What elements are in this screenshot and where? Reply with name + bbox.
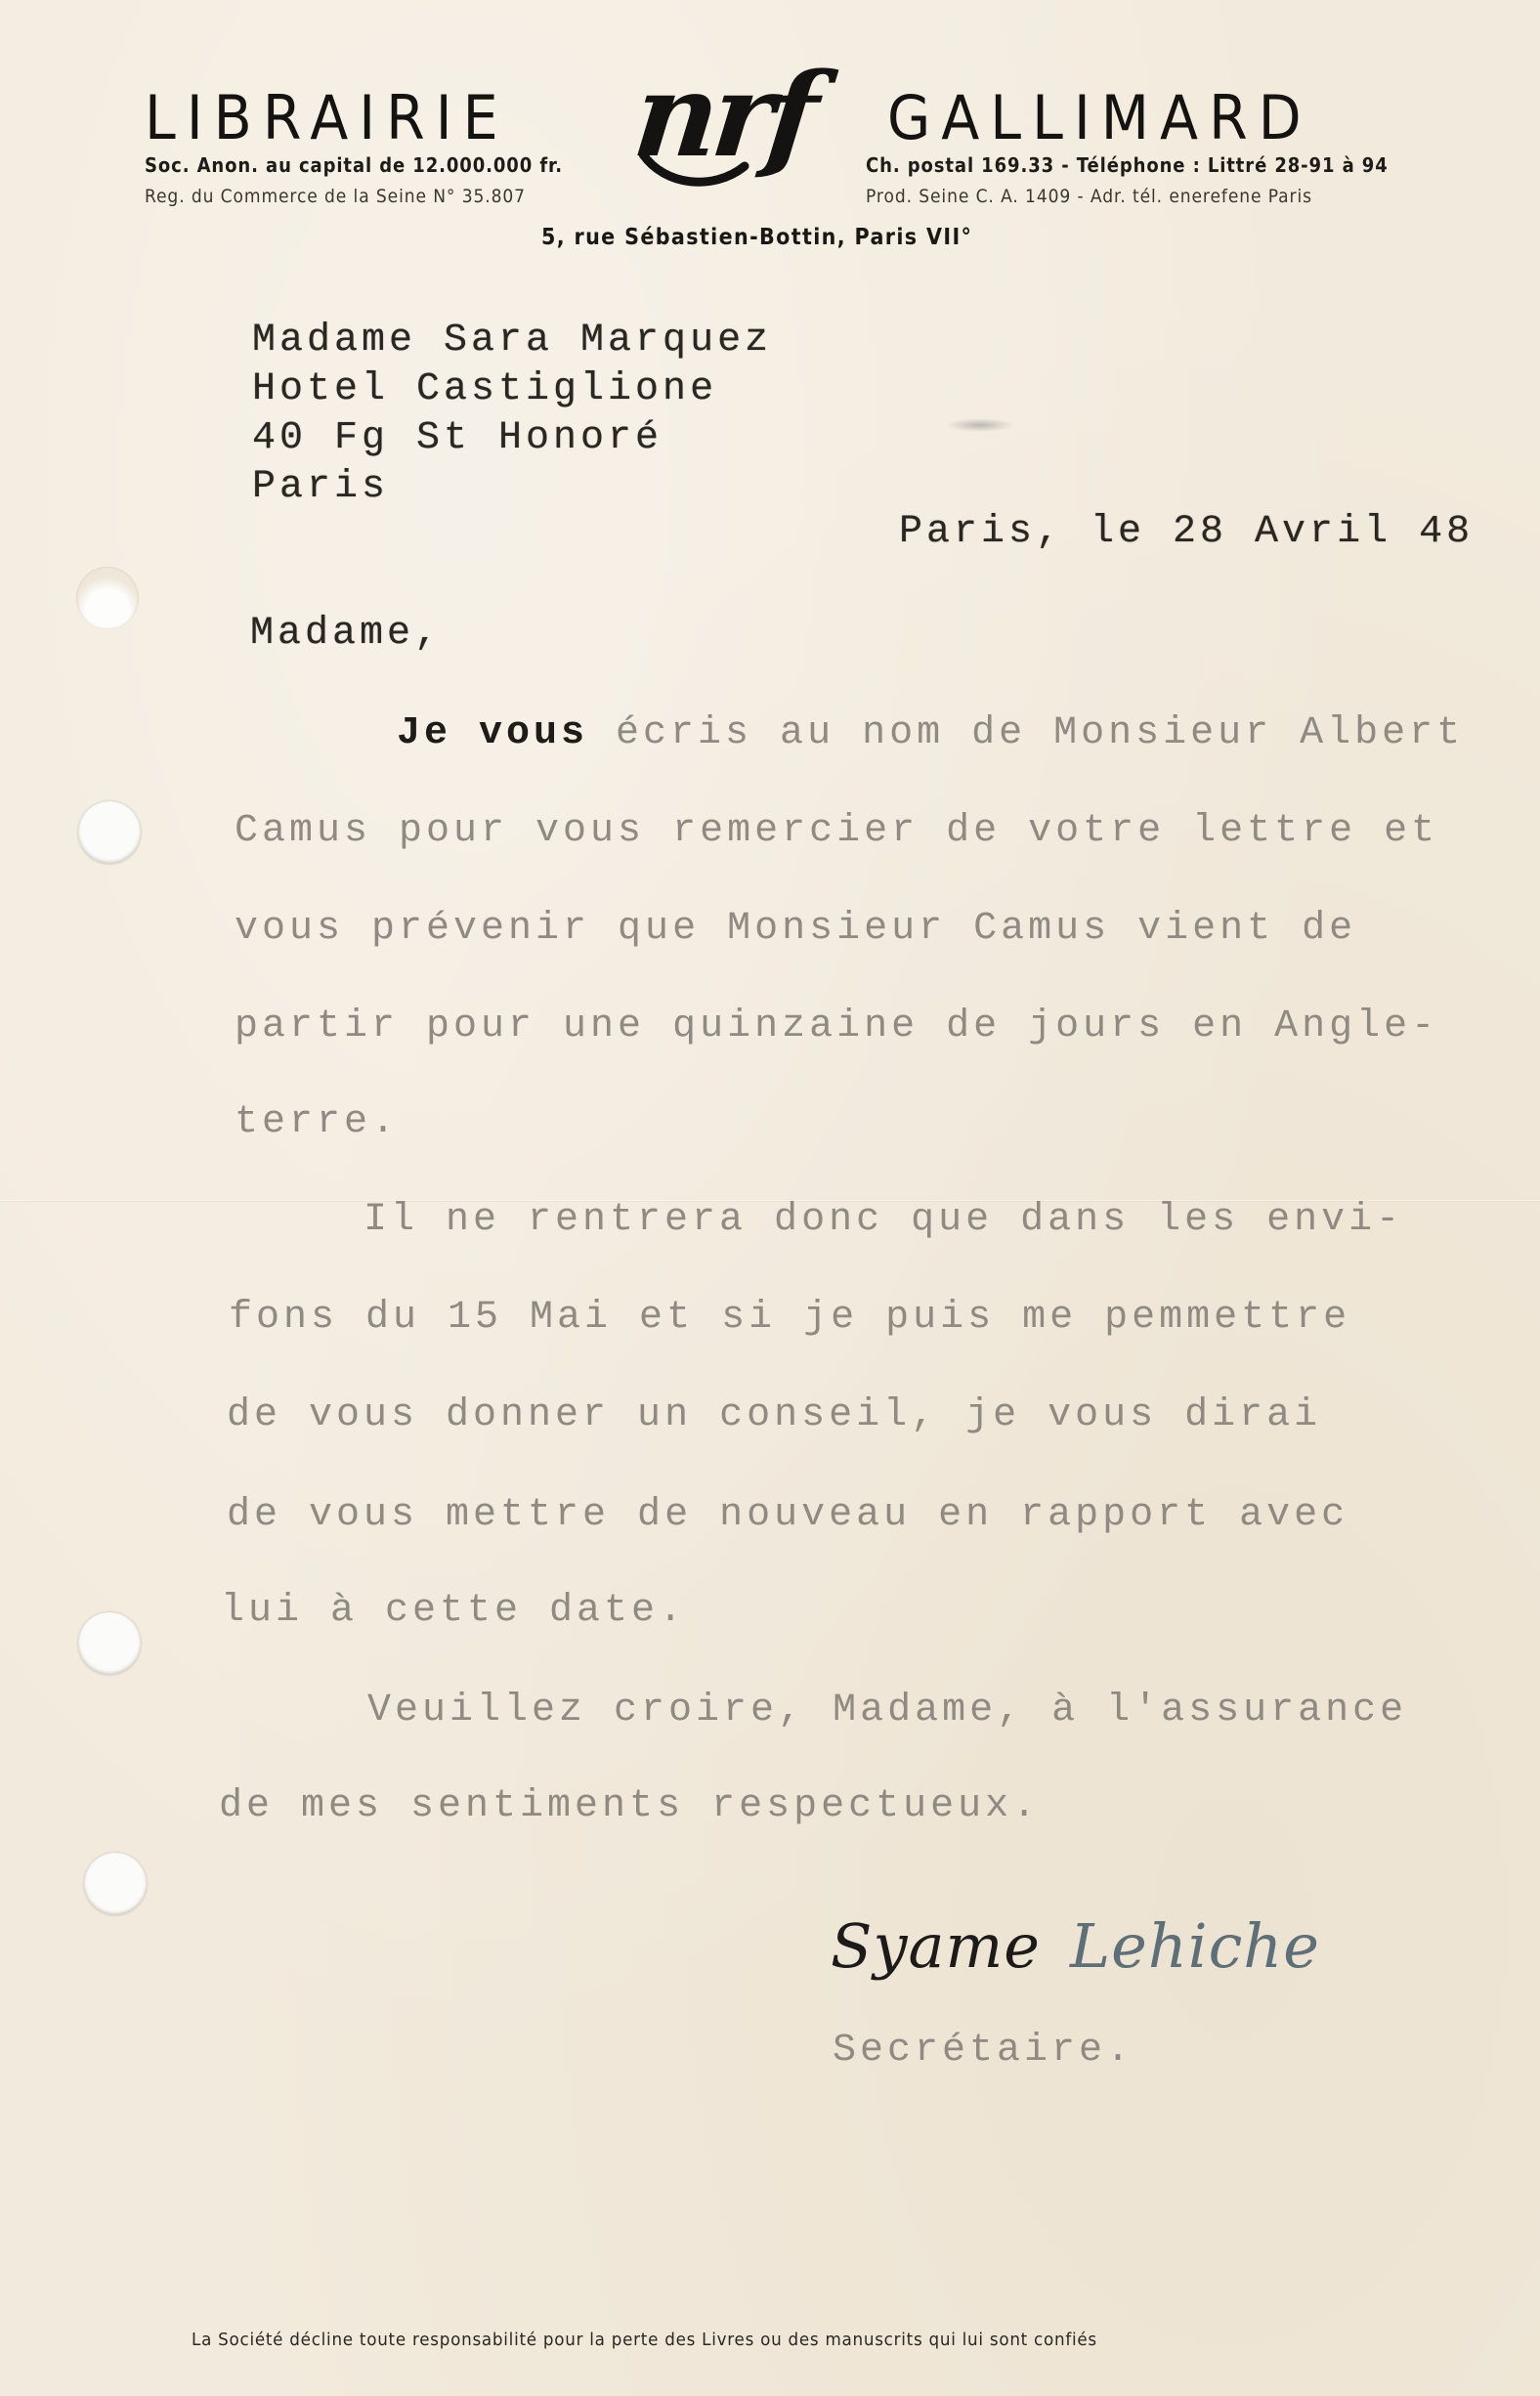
letterhead-registry: Reg. du Commerce de la Seine N° 35.807 (145, 186, 526, 207)
body-line: Veuillez croire, Madame, à l'assurance (367, 1689, 1407, 1733)
recipient-hotel: Hotel Castiglione (252, 367, 717, 411)
recipient-name: Madame Sara Marquez (252, 319, 772, 363)
punch-hole-icon (84, 1853, 147, 1915)
signature-last-name: Lehiche (1070, 1910, 1320, 1982)
body-line: Il ne rentrera donc que dans les envi- (364, 1198, 1403, 1242)
body-emphasis: Je vous (397, 711, 588, 755)
ink-smudge (946, 418, 1014, 432)
recipient-street: 40 Fg St Honoré (252, 416, 663, 460)
body-line: de vous donner un conseil, je vous dirai (227, 1393, 1321, 1437)
letterhead-phone: Ch. postal 169.33 - Téléphone : Littré 2… (866, 153, 1389, 177)
body-line: de vous mettre de nouveau en rapport ave… (227, 1493, 1348, 1537)
salutation: Madame, (250, 612, 442, 656)
recipient-city: Paris (252, 465, 389, 509)
body-line: Camus pour vous remercier de votre lettr… (235, 809, 1438, 853)
nrf-swash-icon (635, 147, 782, 195)
body-line: fons du 15 Mai et si je puis me pemmettr… (229, 1296, 1350, 1340)
letterhead-capital: Soc. Anon. au capital de 12.000.000 fr. (145, 153, 563, 177)
body-line: terre. (235, 1100, 399, 1144)
body-text: écris au nom de Monsieur Albert (588, 711, 1464, 755)
letterhead-librairie: LIBRAIRIE (145, 82, 509, 153)
letterhead-telegraph: Prod. Seine C. A. 1409 - Adr. tél. enere… (866, 186, 1312, 207)
punch-hole-icon (78, 801, 141, 864)
signature-first-name: Syame (831, 1910, 1041, 1982)
body-paragraph-1-line-1: Je vous écris au nom de Monsieur Albert (397, 711, 1464, 755)
letterhead-address: 5, rue Sébastien-Bottin, Paris VII° (541, 225, 972, 250)
body-line: partir pour une quinzaine de jours en An… (235, 1005, 1438, 1048)
body-line: lui à cette date. (221, 1589, 686, 1633)
body-line: de mes sentiments respectueux. (219, 1784, 1040, 1828)
date-line: Paris, le 28 Avril 48 (899, 510, 1474, 554)
punch-hole-icon (78, 1612, 141, 1675)
signature-title: Secrétaire. (833, 2029, 1134, 2073)
letterhead-gallimard: GALLIMARD (887, 82, 1312, 153)
punch-hole-icon (76, 567, 139, 629)
footer-disclaimer: La Société décline toute responsabilité … (192, 2330, 1097, 2350)
handwritten-signature: SyameLehiche (831, 1910, 1320, 1982)
body-line: vous prévenir que Monsieur Camus vient d… (235, 907, 1356, 951)
